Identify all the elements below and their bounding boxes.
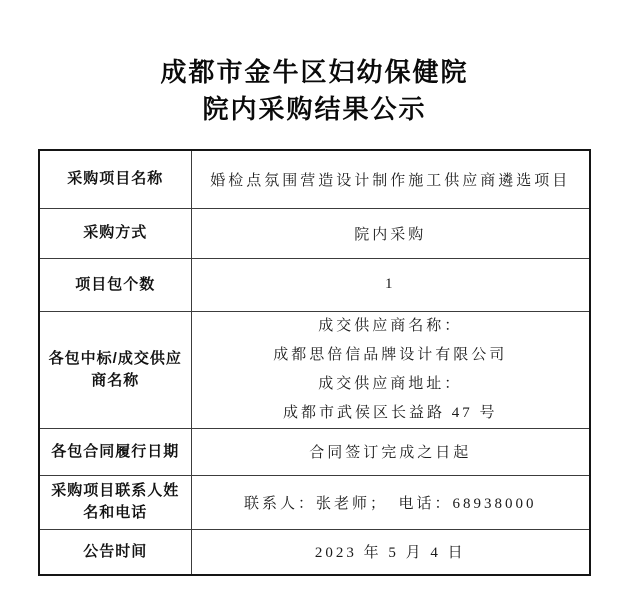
row-label: 各包中标/成交供应商名称 xyxy=(39,311,191,428)
value-line: 成交供应商地址： xyxy=(198,370,584,399)
row-label: 项目包个数 xyxy=(39,258,191,311)
table-row-contact: 采购项目联系人姓名和电话 联系人：张老师； 电话：68938000 xyxy=(39,475,590,529)
row-value: 联系人：张老师； 电话：68938000 xyxy=(191,475,590,529)
row-value: 院内采购 xyxy=(191,208,590,258)
row-label: 各包合同履行日期 xyxy=(39,428,191,475)
row-label: 采购项目名称 xyxy=(39,150,191,208)
row-value: 成交供应商名称： 成都思倍信品牌设计有限公司 成交供应商地址： 成都市武侯区长益… xyxy=(191,311,590,428)
table-row-announcement-time: 公告时间 2023 年 5 月 4 日 xyxy=(39,529,590,575)
procurement-result-table: 采购项目名称 婚检点氛围营造设计制作施工供应商遴选项目 采购方式 院内采购 项目… xyxy=(38,149,591,576)
row-value: 婚检点氛围营造设计制作施工供应商遴选项目 xyxy=(191,150,590,208)
table-row-project-name: 采购项目名称 婚检点氛围营造设计制作施工供应商遴选项目 xyxy=(39,150,590,208)
row-label: 采购项目联系人姓名和电话 xyxy=(39,475,191,529)
row-value: 合同签订完成之日起 xyxy=(191,428,590,475)
table-row-contract-date: 各包合同履行日期 合同签订完成之日起 xyxy=(39,428,590,475)
table-row-winning-supplier: 各包中标/成交供应商名称 成交供应商名称： 成都思倍信品牌设计有限公司 成交供应… xyxy=(39,311,590,428)
document-page: 成都市金牛区妇幼保健院 院内采购结果公示 采购项目名称 婚检点氛围营造设计制作施… xyxy=(0,0,638,606)
row-label: 采购方式 xyxy=(39,208,191,258)
row-label: 公告时间 xyxy=(39,529,191,575)
title-line-2: 院内采购结果公示 xyxy=(38,91,591,128)
value-line: 成交供应商名称： xyxy=(198,312,584,341)
row-value: 1 xyxy=(191,258,590,311)
table-row-package-count: 项目包个数 1 xyxy=(39,258,590,311)
value-line: 成都市武侯区长益路 47 号 xyxy=(198,399,584,428)
title-line-1: 成都市金牛区妇幼保健院 xyxy=(38,54,591,91)
table-row-procurement-method: 采购方式 院内采购 xyxy=(39,208,590,258)
value-line: 成都思倍信品牌设计有限公司 xyxy=(198,341,584,370)
page-title: 成都市金牛区妇幼保健院 院内采购结果公示 xyxy=(38,54,591,128)
row-value: 2023 年 5 月 4 日 xyxy=(191,529,590,575)
